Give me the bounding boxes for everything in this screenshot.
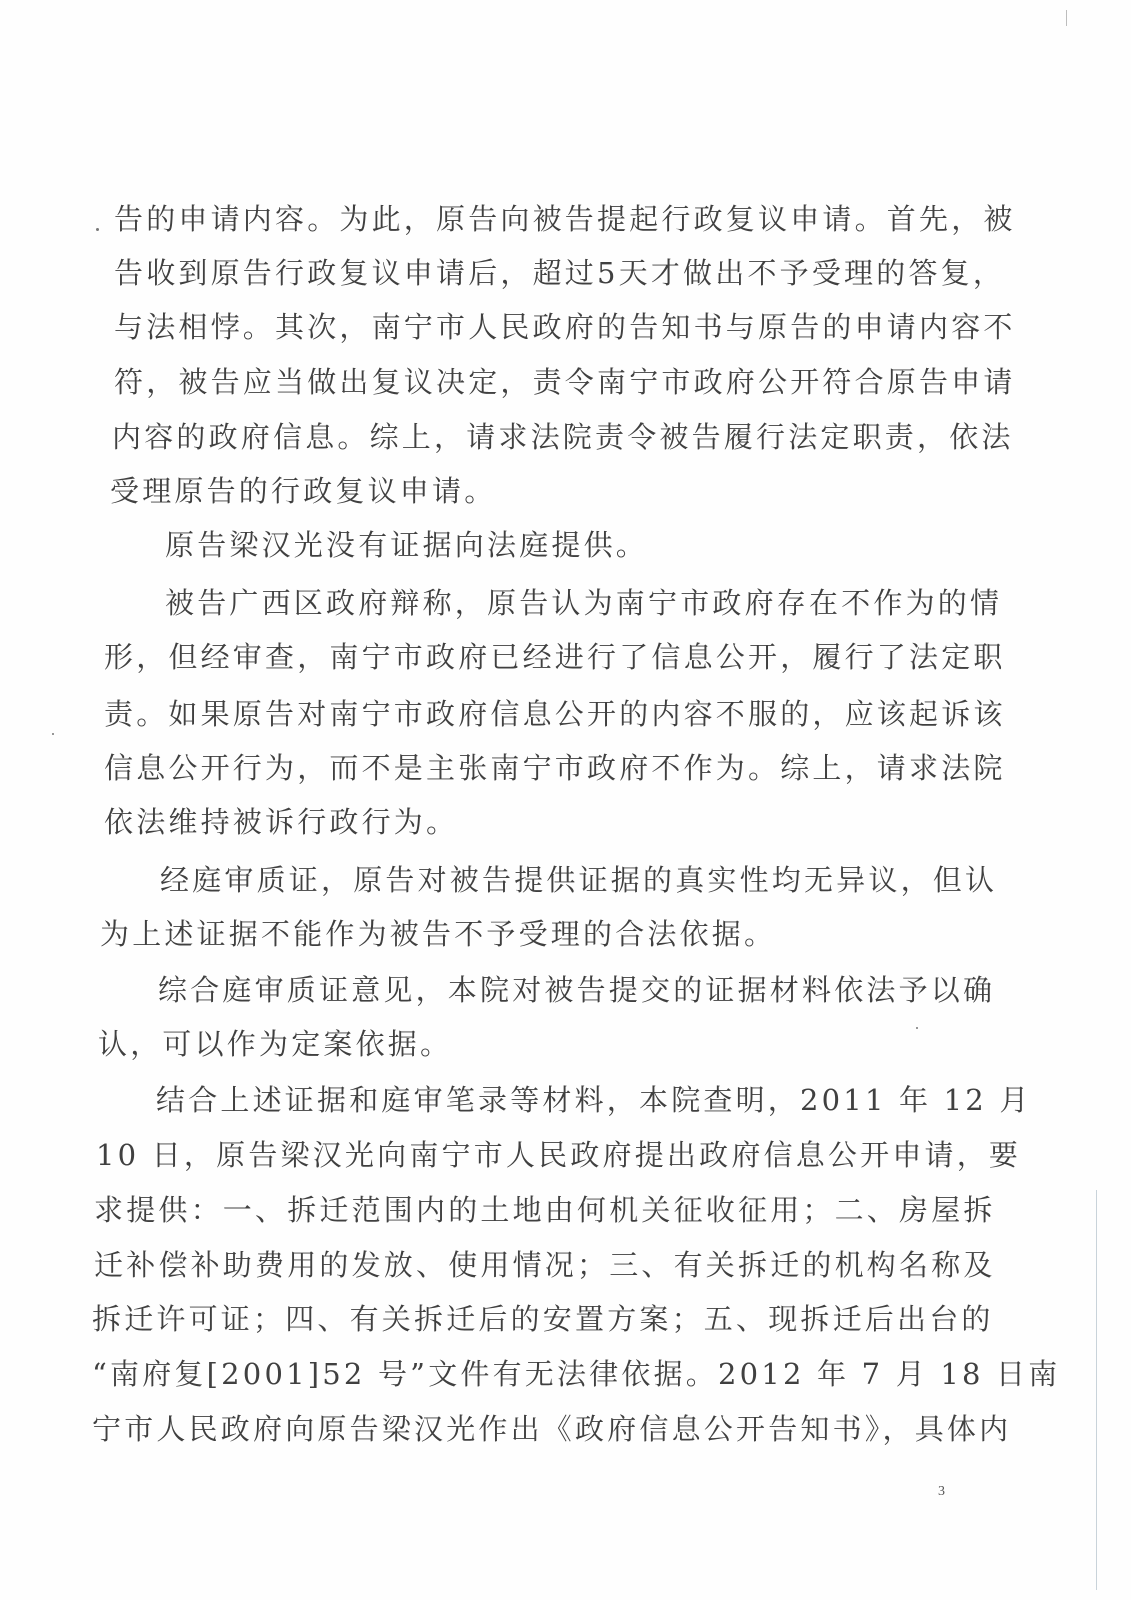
scan-speck [96,228,99,231]
scan-speck [52,733,54,735]
text-line: 信息公开行为，而不是主张南宁市政府不作为。综上，请求法院 [104,741,1006,795]
text-line: 经庭审质证，原告对被告提供证据的真实性均无异议，但认 [160,853,997,907]
text-line: 求提供：一、拆迁范围内的土地由何机关征收征用；二、房屋拆 [94,1183,996,1237]
text-line: 为上述证据不能作为被告不予受理的合法依据。 [100,907,776,961]
text-line: 内容的政府信息。综上，请求法院责令被告履行法定职责，依法 [112,410,1014,464]
text-line: 认，可以作为定案依据。 [98,1017,452,1071]
text-line: 宁市人民政府向原告梁汉光作出《政府信息公开告知书》，具体内 [92,1402,1011,1456]
document-page: 告的申请内容。为此，原告向被告提起行政复议申请。首先，被 告收到原告行政复议申请… [0,0,1131,1600]
text-line: 被告广西区政府辩称，原告认为南宁市政府存在不作为的情 [165,576,1002,630]
scan-speck [916,1027,918,1029]
text-line: 形，但经审查，南宁市政府已经进行了信息公开，履行了法定职 [104,630,1006,684]
text-line: 依法维持被诉行政行为。 [104,795,458,849]
scan-edge-line [1096,1190,1097,1590]
scan-edge-mark [1066,10,1067,26]
text-line: 责。如果原告对南宁市政府信息公开的内容不服的，应该起诉该 [104,687,1006,741]
text-line: 与法相悖。其次，南宁市人民政府的告知书与原告的申请内容不 [114,300,1016,354]
text-line: 拆迁许可证；四、有关拆迁后的安置方案；五、现拆迁后出台的 [92,1292,994,1346]
text-line: 受理原告的行政复议申请。 [110,464,496,518]
text-line: “南府复[2001]52 号”文件有无法律依据。2012 年 7 月 18 日南 [92,1347,1060,1401]
text-line: 原告梁汉光没有证据向法庭提供。 [165,518,648,572]
page-number: 3 [938,1484,945,1500]
text-line: 告收到原告行政复议申请后，超过5天才做出不予受理的答复， [114,246,1005,300]
text-line: 结合上述证据和庭审笔录等材料，本院查明，2011 年 12 月 [156,1073,1032,1127]
text-line: 10 日，原告梁汉光向南宁市人民政府提出政府信息公开申请，要 [96,1128,1021,1182]
text-line: 综合庭审质证意见，本院对被告提交的证据材料依法予以确 [158,963,995,1017]
text-line: 告的申请内容。为此，原告向被告提起行政复议申请。首先，被 [114,192,1016,246]
text-line: 符，被告应当做出复议决定，责令南宁市政府公开符合原告申请 [114,355,1016,409]
text-line: 迁补偿补助费用的发放、使用情况；三、有关拆迁的机构名称及 [94,1238,996,1292]
